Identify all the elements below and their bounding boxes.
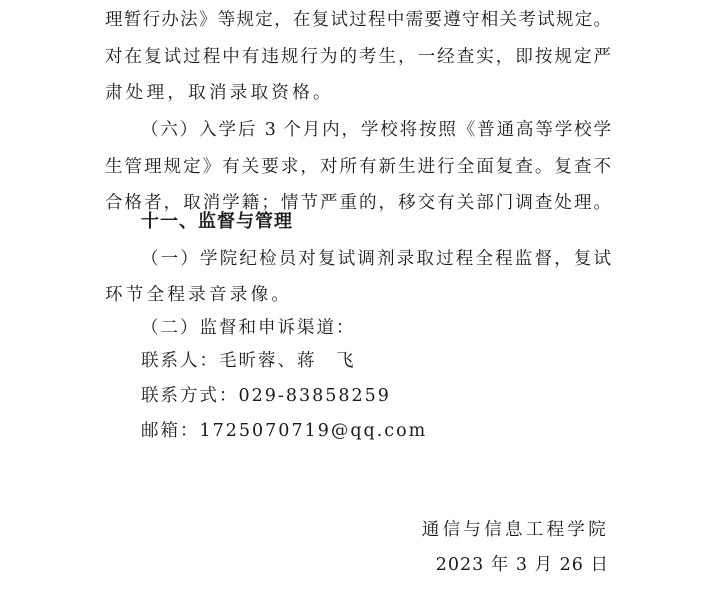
paragraph-5-line-3: 肃处理，取消录取资格。 [105,82,611,104]
section-11-item-1-line-1: （一）学院纪检员对复试调剂录取过程全程监督，复试 [141,248,611,270]
paragraph-6-line-1: （六）入学后 3 个月内，学校将按照《普通高等学校学 [141,119,611,141]
section-11-item-2-title: （二）监督和申诉渠道： [141,317,647,339]
document-page: 理暂行办法》等规定，在复试过程中需要遵守相关考试规定。 对在复试过程中有违规行为… [0,0,717,611]
paragraph-5-line-2: 对在复试过程中有违规行为的考生，一经查实，即按规定严 [105,46,611,68]
paragraph-5-line-1: 理暂行办法》等规定，在复试过程中需要遵守相关考试规定。 [105,9,611,31]
section-11-heading: 十一、监督与管理 [141,211,647,233]
section-11-item-1-line-2: 环节全程录音录像。 [105,284,611,306]
signature-date: 2023 年 3 月 26 日 [436,554,609,576]
contact-phone: 联系方式：029-83858259 [141,385,647,407]
signature-organization: 通信与信息工程学院 [422,519,609,541]
paragraph-6-line-2: 生管理规定》有关要求，对所有新生进行全面复查。复查不 [105,156,611,178]
contact-person: 联系人：毛昕蓉、蒋 飞 [141,350,647,372]
contact-email: 邮箱：1725070719@qq.com [141,420,647,442]
